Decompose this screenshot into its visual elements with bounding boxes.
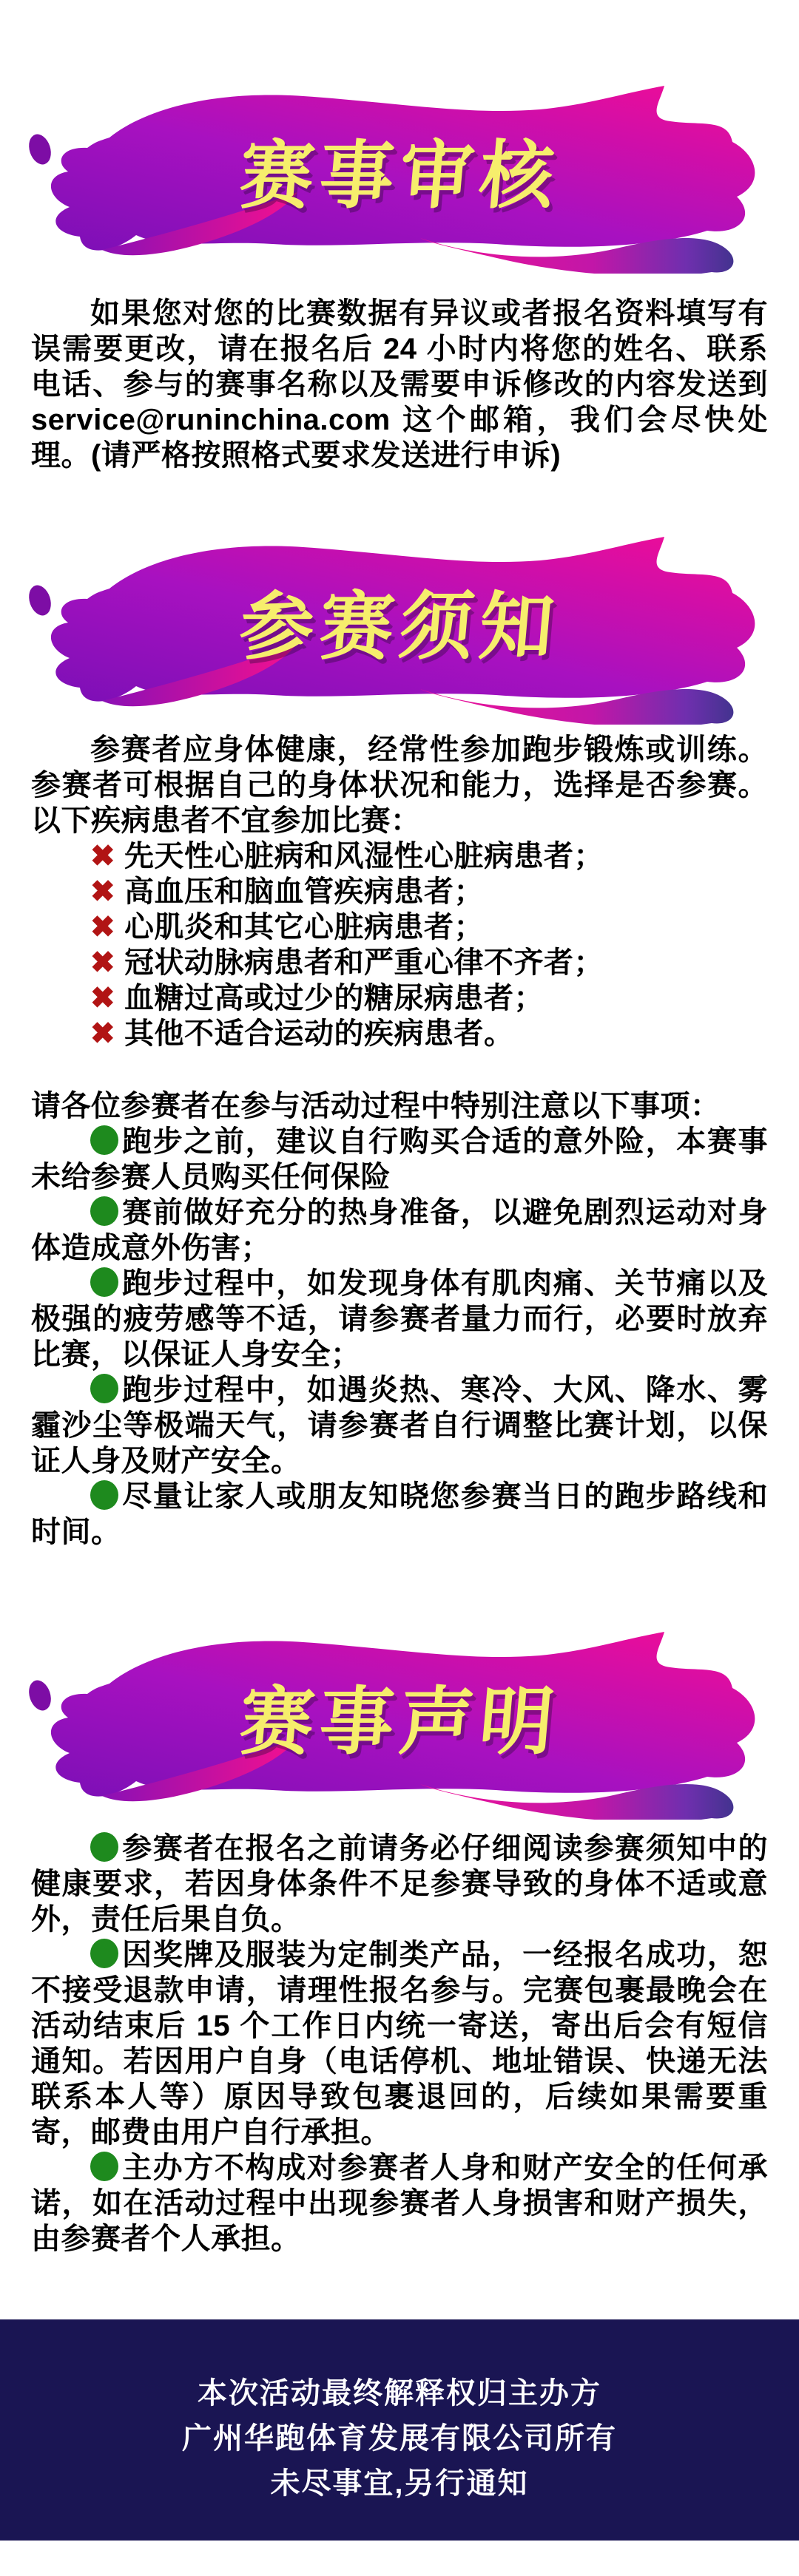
bullet-dot-icon — [90, 1196, 118, 1226]
forbidden-item: ✖先天性心脏病和风湿性心脏病患者； — [31, 838, 768, 874]
statement-item: 参赛者在报名之前请务必仔细阅读参赛须知中的健康要求，若因身体条件不足参赛导致的身… — [31, 1831, 768, 1937]
statement-item-text: 参赛者在报名之前请务必仔细阅读参赛须知中的健康要求，若因身体条件不足参赛导致的身… — [31, 1832, 768, 1936]
attention-item-text: 尽量让家人或朋友知晓您参赛当日的跑步路线和时间。 — [31, 1480, 768, 1548]
forbidden-item: ✖冠状动脉病患者和严重心律不齐者； — [31, 945, 768, 980]
forbidden-item-text: 冠状动脉病患者和严重心律不齐者； — [124, 946, 604, 979]
attention-block: 请各位参赛者在参与活动过程中特别注意以下事项： 跑步之前，建议自行购买合适的意外… — [0, 1088, 799, 1550]
forbidden-item: ✖心肌炎和其它心脏病患者； — [31, 909, 768, 945]
x-mark-icon: ✖ — [90, 875, 115, 908]
review-paragraph: 如果您对您的比赛数据有异议或者报名资料填写有误需要更改，请在报名后 24 小时内… — [31, 296, 768, 473]
forbidden-item-text: 先天性心脏病和风湿性心脏病患者； — [124, 840, 604, 872]
health-intro: 参赛者应身体健康，经常性参加跑步锻炼或训练。参赛者可根据自己的身体状况和能力，选… — [31, 732, 768, 838]
statement-item: 因奖牌及服装为定制类产品，一经报名成功，恕不接受退款申请，请理性报名参与。完赛包… — [31, 1937, 768, 2150]
forbidden-item: ✖高血压和脑血管疾病患者； — [31, 874, 768, 909]
bullet-dot-icon — [90, 2152, 118, 2181]
statement-item: 主办方不构成对参赛者人身和财产安全的任何承诺，如在活动过程中出现参赛者人身损害和… — [31, 2150, 768, 2257]
banner-review: 赛事审核 — [22, 81, 777, 274]
forbidden-item-text: 血糖过高或过少的糖尿病患者； — [124, 982, 544, 1014]
x-mark-icon: ✖ — [90, 946, 115, 979]
bullet-dot-icon — [90, 1480, 118, 1510]
banner-review-title: 赛事审核 — [14, 81, 786, 274]
event-info-page: 赛事审核 如果您对您的比赛数据有异议或者报名资料填写有误需要更改，请在报名后 2… — [0, 0, 799, 2576]
attention-item: 赛前做好充分的热身准备，以避免剧烈运动对身体造成意外伤害； — [31, 1195, 768, 1266]
statement-item-text: 因奖牌及服装为定制类产品，一经报名成功，恕不接受退款申请，请理性报名参与。完赛包… — [31, 1939, 768, 2149]
forbidden-disease-list: ✖先天性心脏病和风湿性心脏病患者； ✖高血压和脑血管疾病患者； ✖心肌炎和其它心… — [0, 838, 799, 1051]
x-mark-icon: ✖ — [90, 840, 115, 872]
footer-line: 本次活动最终解释权归主办方 — [0, 2371, 799, 2416]
bullet-dot-icon — [90, 1267, 118, 1297]
banner-statement: 赛事声明 — [22, 1627, 777, 1820]
attention-item: 跑步之前，建议自行购买合适的意外险，本赛事未给参赛人员购买任何保险 — [31, 1124, 768, 1195]
footer-line: 广州华跑体育发展有限公司所有 — [0, 2416, 799, 2461]
bullet-dot-icon — [90, 1374, 118, 1403]
attention-item: 跑步过程中，如发现身体有肌肉痛、关节痛以及极强的疲劳感等不适，请参赛者量力而行，… — [31, 1266, 768, 1372]
attention-intro: 请各位参赛者在参与活动过程中特别注意以下事项： — [31, 1088, 768, 1124]
x-mark-icon: ✖ — [90, 982, 115, 1014]
banner-statement-title: 赛事声明 — [14, 1627, 786, 1820]
attention-item-text: 跑步之前，建议自行购买合适的意外险，本赛事未给参赛人员购买任何保险 — [31, 1125, 768, 1193]
forbidden-item-text: 其他不适合运动的疾病患者。 — [124, 1017, 514, 1050]
statement-item-text: 主办方不构成对参赛者人身和财产安全的任何承诺，如在活动过程中出现参赛者人身损害和… — [31, 2152, 768, 2255]
forbidden-item: ✖血糖过高或过少的糖尿病患者； — [31, 980, 768, 1016]
x-mark-icon: ✖ — [90, 1017, 115, 1050]
forbidden-item: ✖其他不适合运动的疾病患者。 — [31, 1016, 768, 1051]
footer-line: 未尽事宜,另行通知 — [0, 2461, 799, 2506]
attention-item-text: 赛前做好充分的热身准备，以避免剧烈运动对身体造成意外伤害； — [31, 1196, 768, 1264]
attention-item-text: 跑步过程中，如遇炎热、寒冷、大风、降水、雾霾沙尘等极端天气，请参赛者自行调整比赛… — [31, 1374, 768, 1477]
footer: 本次活动最终解释权归主办方 广州华跑体育发展有限公司所有 未尽事宜,另行通知 — [0, 2319, 799, 2541]
attention-item-text: 跑步过程中，如发现身体有肌肉痛、关节痛以及极强的疲劳感等不适，请参赛者量力而行，… — [31, 1267, 768, 1371]
attention-item: 尽量让家人或朋友知晓您参赛当日的跑步路线和时间。 — [31, 1479, 768, 1550]
bullet-dot-icon — [90, 1125, 118, 1155]
statement-block: 参赛者在报名之前请务必仔细阅读参赛须知中的健康要求，若因身体条件不足参赛导致的身… — [0, 1831, 799, 2257]
banner-notice-title: 参赛须知 — [14, 532, 786, 725]
banner-notice: 参赛须知 — [22, 532, 777, 725]
bullet-dot-icon — [90, 1832, 118, 1862]
forbidden-item-text: 心肌炎和其它心脏病患者； — [124, 911, 484, 943]
forbidden-item-text: 高血压和脑血管疾病患者； — [124, 875, 484, 908]
bullet-dot-icon — [90, 1939, 118, 1968]
attention-item: 跑步过程中，如遇炎热、寒冷、大风、降水、雾霾沙尘等极端天气，请参赛者自行调整比赛… — [31, 1372, 768, 1479]
x-mark-icon: ✖ — [90, 911, 115, 943]
